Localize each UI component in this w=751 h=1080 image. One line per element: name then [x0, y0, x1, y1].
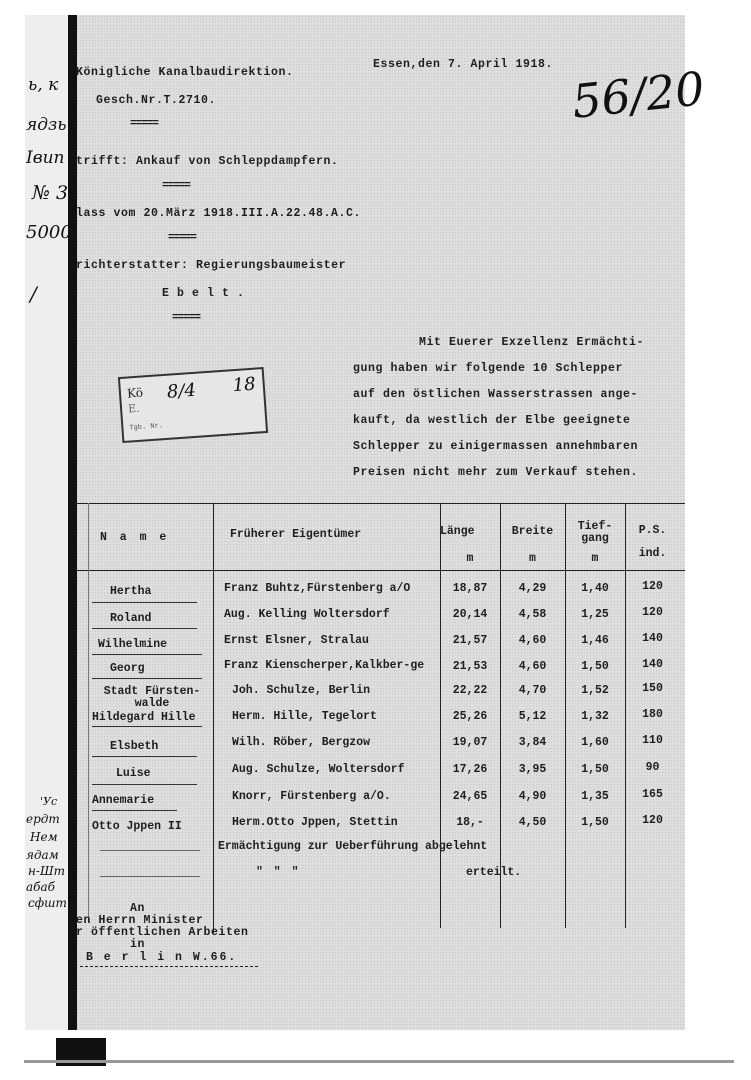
subject: Ankauf von Schleppdampfern. [136, 155, 339, 168]
draft: 1,50 [565, 763, 625, 776]
hp: 120 [625, 580, 680, 593]
ship-name: Luise [116, 767, 151, 780]
width: 3,84 [500, 736, 565, 749]
table-header-rule [77, 570, 685, 571]
draft: 1,35 [565, 790, 625, 803]
hp: 120 [625, 606, 680, 619]
body-line: Mit Euerer Exzellenz Ermächti- [419, 336, 644, 349]
width: 4,50 [500, 816, 565, 829]
width: 3,95 [500, 763, 565, 776]
margin-note: сфшт [28, 896, 67, 910]
length: 21,57 [440, 634, 500, 647]
hp: 90 [625, 761, 680, 774]
margin-note: н-Шт [28, 864, 65, 878]
note-dash [100, 876, 200, 877]
header-owner: Früherer Eigentümer [230, 528, 361, 541]
row-underline [92, 654, 202, 655]
margin-note: ердт [26, 812, 60, 826]
row-underline [92, 602, 197, 603]
body-line: kauft, da westlich der Elbe geeignete [353, 414, 631, 427]
margin-note: Івип [26, 148, 65, 168]
table-col-rule [213, 503, 214, 933]
row-underline [92, 756, 197, 757]
length: 18,87 [440, 582, 500, 595]
separator: ===== [168, 232, 196, 244]
hp: 140 [625, 658, 680, 671]
margin-note: № 3 [32, 182, 68, 204]
owner: Wilh. Röber, Bergzow [232, 736, 370, 749]
draft: 1,25 [565, 608, 625, 621]
margin-note: ь, к [28, 75, 58, 95]
body-line: Schlepper zu einigermassen annehmbaren [353, 440, 638, 453]
header-name: N a m e [100, 531, 169, 544]
width: 5,12 [500, 710, 565, 723]
stamp-date: 8/4 [166, 380, 196, 403]
hp: 150 [625, 682, 680, 695]
ship-name: Elsbeth [110, 740, 158, 753]
width: 4,60 [500, 660, 565, 673]
length: 18,- [440, 816, 500, 829]
length: 21,53 [440, 660, 500, 673]
owner: Aug. Schulze, Woltersdorf [232, 763, 405, 776]
draft: 1,50 [565, 816, 625, 829]
length: 17,26 [440, 763, 500, 776]
owner: Herm.Otto Jppen, Stettin [232, 816, 398, 829]
width: 4,90 [500, 790, 565, 803]
header-hp: P.S. [625, 524, 680, 537]
ship-name: Otto Jppen II [92, 820, 182, 833]
reporter-title: Regierungsbaumeister [196, 259, 346, 272]
draft: 1,46 [565, 634, 625, 647]
owner: Joh. Schulze, Berlin [232, 684, 370, 697]
stamp-number: 18 [232, 374, 256, 397]
reporter-name: E b e l t . [162, 287, 245, 300]
draft: 1,60 [565, 736, 625, 749]
draft: 1,52 [565, 684, 625, 697]
width: 4,58 [500, 608, 565, 621]
separator: ===== [162, 180, 190, 192]
row-underline [92, 810, 177, 811]
owner: Knorr, Fürstenberg a/O. [232, 790, 391, 803]
header-width: Breite [500, 525, 565, 538]
note-dash [100, 850, 200, 851]
decree-reference: lass vom 20.März 1918.III.A.22.48.A.C. [76, 207, 361, 220]
row-underline [92, 628, 197, 629]
letterhead: Königliche Kanalbaudirektion. [76, 66, 294, 79]
width: 4,29 [500, 582, 565, 595]
margin-note: 5000 [26, 222, 72, 243]
length: 19,07 [440, 736, 500, 749]
hp: 180 [625, 708, 680, 721]
length: 22,22 [440, 684, 500, 697]
margin-note: абаб [26, 880, 55, 894]
header-hp-unit: ind. [625, 547, 680, 560]
table-top-rule [77, 503, 685, 504]
body-line: auf den östlichen Wasserstrassen ange- [353, 388, 638, 401]
note-granted: erteilt. [466, 866, 521, 879]
address-city: B e r l i n W.66. [86, 951, 237, 964]
subject-label: trifft: [76, 155, 129, 168]
note-rejected: Ermächtigung zur Ueberführung abgelehnt [218, 840, 487, 853]
address-underline [80, 966, 258, 968]
place-date: Essen,den 7. April 1918. [373, 58, 553, 71]
table-left-rule [88, 503, 89, 923]
owner: Franz Buhtz,Fürstenberg a/O [224, 582, 410, 595]
length: 20,14 [440, 608, 500, 621]
reporter-line: richterstatter: Regierungsbaumeister [76, 259, 346, 272]
ship-name: Hildegard Hille [92, 711, 196, 724]
separator: ===== [172, 312, 200, 324]
stamp-label: Kö [127, 385, 144, 400]
hp: 165 [625, 788, 680, 801]
body-line: gung haben wir folgende 10 Schlepper [353, 362, 623, 375]
owner: Herm. Hille, Tegelort [232, 710, 377, 723]
row-underline [92, 678, 202, 679]
draft: 1,32 [565, 710, 625, 723]
width: 4,60 [500, 634, 565, 647]
margin-note: Нем [30, 830, 58, 844]
owner: Franz Kienscherper,Kalkber-ge [224, 660, 440, 672]
ship-name: Wilhelmine [98, 638, 167, 651]
address-line: in [130, 938, 145, 951]
owner: Ernst Elsner, Stralau [224, 634, 369, 647]
stamp-footer: Tgb. Nr. [129, 422, 163, 432]
stamp-label: E. [128, 402, 140, 416]
owner: Aug. Kelling Woltersdorf [224, 608, 390, 621]
header-width-unit: m [500, 552, 565, 565]
hp: 140 [625, 632, 680, 645]
margin-note: ядзь [26, 115, 67, 135]
ship-name: Georg [110, 662, 145, 675]
row-underline [92, 784, 197, 785]
margin-note: ядам [26, 848, 59, 862]
header-length: Länge [440, 525, 500, 538]
draft: 1,40 [565, 582, 625, 595]
draft: 1,50 [565, 660, 625, 673]
row-underline [92, 726, 202, 727]
hp: 120 [625, 814, 680, 827]
ship-name: Annemarie [92, 794, 154, 807]
hp: 110 [625, 734, 680, 747]
header-draft-unit: m [565, 552, 625, 565]
margin-note: 'Ус [40, 795, 57, 808]
ship-name: Hertha [110, 585, 151, 598]
ship-name: Roland [110, 612, 151, 625]
file-number: Gesch.Nr.T.2710. [96, 94, 216, 107]
separator: ===== [130, 118, 158, 130]
header-draft: Tief-gang [565, 521, 625, 545]
width: 4,70 [500, 684, 565, 697]
margin-note: / [30, 282, 37, 306]
address-line: r öffentlichen Arbeiten [76, 926, 249, 939]
header-length-unit: m [440, 552, 500, 565]
bottom-rule [24, 1060, 734, 1063]
length: 25,26 [440, 710, 500, 723]
ship-name: Stadt Fürsten-walde [92, 686, 212, 710]
length: 24,65 [440, 790, 500, 803]
subject-line: trifft: Ankauf von Schleppdampfern. [76, 155, 339, 168]
reporter-label: richterstatter: [76, 259, 189, 272]
body-line: Preisen nicht mehr zum Verkauf stehen. [353, 466, 638, 479]
registry-stamp: Kö E. 8/4 18 Tgb. Nr. [118, 367, 268, 443]
note-ditto-marks: " " " [256, 866, 301, 879]
